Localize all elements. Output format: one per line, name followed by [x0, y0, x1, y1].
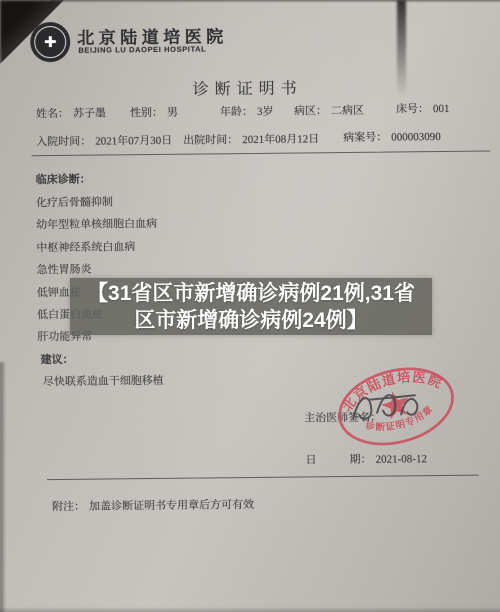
footnote: 附注：加盖诊断证明书专用章后方可有效: [52, 496, 254, 514]
header-divider-line: [31, 150, 490, 156]
document-title: 诊断证明书: [0, 73, 498, 101]
field-name: 姓名：苏子墨: [36, 104, 106, 121]
name-value: 苏子墨: [73, 107, 106, 119]
field-age: 年龄：3岁: [220, 103, 274, 120]
suggestion-label: 建议：: [40, 351, 73, 367]
discharge-value: 2021年08月12日: [242, 133, 319, 146]
footnote-text: 加盖诊断证明书专用章后方可有效: [89, 499, 254, 513]
news-caption-line1: 【31省区市新增确诊病例21例,31省: [87, 280, 415, 307]
footnote-label: 附注：: [52, 501, 85, 513]
date-value: 2021-08-12: [376, 453, 427, 466]
certificate-photo: ✚ 北京陆道培医院 BEIJING LU DAOPEI HOSPITAL 诊断证…: [0, 0, 500, 612]
diagnosis-item: 中枢神经系统白血病: [36, 236, 157, 260]
gender-value: 男: [167, 107, 178, 119]
news-caption-overlay: 【31省区市新增确诊病例21例,31省 区市新增确诊病例24例】: [70, 278, 432, 335]
photo-edge-shadow-top: [50, 0, 500, 3]
gender-label: 性别：: [130, 107, 163, 119]
name-label: 姓名：: [36, 108, 69, 120]
photo-edge-shadow-bottom: [0, 607, 500, 612]
admit-value: 2021年07月30日: [95, 135, 172, 148]
age-value: 3岁: [257, 106, 274, 118]
medical-cross-icon: ✚: [44, 35, 57, 50]
field-gender: 性别：男: [130, 104, 178, 121]
record-label: 病案号：: [343, 132, 387, 144]
hospital-name-en: BEIJING LU DAOPEI HOSPITAL: [78, 44, 206, 54]
diagnosis-section-label: 临床诊断：: [36, 171, 91, 188]
admit-label: 入院时间：: [36, 136, 91, 149]
suggestion-text: 尽快联系造血干细胞移植: [43, 372, 164, 389]
hospital-logo-icon: ✚: [30, 22, 70, 62]
ward-value: 二病区: [331, 105, 364, 117]
field-ward: 病区：二病区: [294, 102, 364, 119]
diagnosis-item: 化疗后骨髓抑制: [36, 191, 157, 215]
field-admit-date: 入院时间：2021年07月30日: [36, 132, 172, 149]
photo-crease-shadow: [397, 0, 406, 105]
bed-value: 001: [433, 103, 450, 115]
photo-edge-shadow-left: [0, 362, 6, 612]
footer-divider-line: [47, 475, 479, 481]
field-discharge-date: 出院时间：2021年08月12日: [183, 130, 319, 147]
field-record-number: 病案号：000003090: [343, 128, 441, 145]
discharge-label: 出院时间：: [183, 134, 238, 147]
diagnosis-item: 幼年型粒单核细胞白血病: [36, 213, 157, 237]
ward-label: 病区：: [294, 105, 327, 117]
date-label-left: 日: [306, 451, 317, 467]
news-caption-line2: 区市新增确诊病例24例】: [134, 307, 367, 334]
record-value: 000003090: [391, 131, 441, 144]
age-label: 年龄：: [220, 106, 253, 118]
doctor-signature-handwriting: [347, 384, 432, 430]
